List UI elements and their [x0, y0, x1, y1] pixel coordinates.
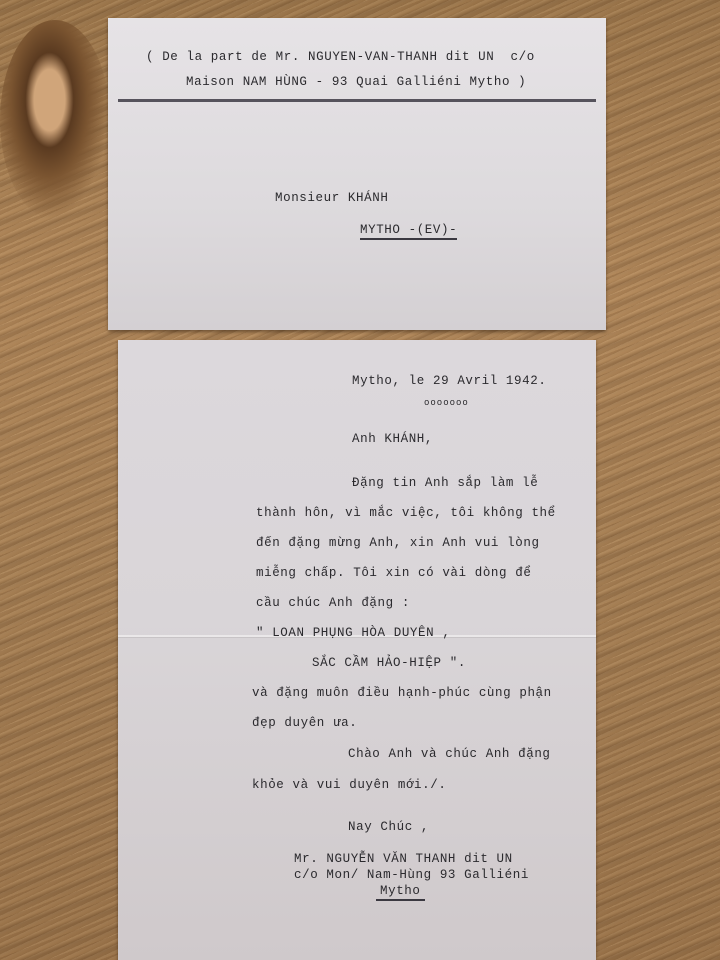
envelope-recipient-city: MYTHO -(EV)-: [360, 223, 457, 240]
envelope-sender-line-2: Maison NAM HÙNG - 93 Quai Galliéni Mytho…: [186, 75, 526, 89]
envelope-divider-rule: [118, 99, 596, 102]
letter-signature-line: Mr. NGUYỄN VĂN THANH dit UN: [294, 852, 513, 866]
letter-body-line: và đặng muôn điều hạnh-phúc cùng phận: [252, 686, 552, 700]
letter-ornament: ooooooo: [424, 396, 469, 410]
letter-body-line: thành hôn, vì mắc việc, tôi không thể: [256, 506, 556, 520]
letter-closing: Nay Chúc ,: [348, 820, 429, 834]
letter-body-line: Đặng tin Anh sắp làm lễ: [352, 476, 538, 490]
letter-body-line: Chào Anh và chúc Anh đặng: [348, 747, 551, 761]
letter-body-line: " LOAN PHỤNG HÒA DUYÊN ,: [256, 626, 450, 640]
envelope-recipient-name: Monsieur KHÁNH: [275, 191, 388, 205]
letter-signature-city: Mytho: [376, 884, 425, 901]
letter-body-line: khỏe và vui duyên mới./.: [252, 778, 446, 792]
letter-signature-line: c/o Mon/ Nam-Hùng 93 Galliéni: [294, 868, 529, 882]
letter-body-line: miễng chấp. Tôi xin có vài dòng để: [256, 566, 531, 580]
letter-body-line: đến đặng mừng Anh, xin Anh vui lòng: [256, 536, 540, 550]
envelope-sender-line-1: ( De la part de Mr. NGUYEN-VAN-THANH dit…: [146, 50, 535, 64]
letter-salutation: Anh KHÁNH,: [352, 432, 433, 446]
envelope: ( De la part de Mr. NGUYEN-VAN-THANH dit…: [108, 18, 606, 330]
letter-body-line: SẮC CẦM HẢO-HIỆP ".: [312, 656, 466, 670]
letter-body-line: đẹp duyên ưa.: [252, 716, 357, 730]
letter-dateline: Mytho, le 29 Avril 1942.: [352, 374, 546, 388]
wood-knot: [0, 20, 110, 220]
letter-body-line: cầu chúc Anh đặng :: [256, 596, 410, 610]
letter: Mytho, le 29 Avril 1942. ooooooo Anh KHÁ…: [118, 340, 596, 960]
